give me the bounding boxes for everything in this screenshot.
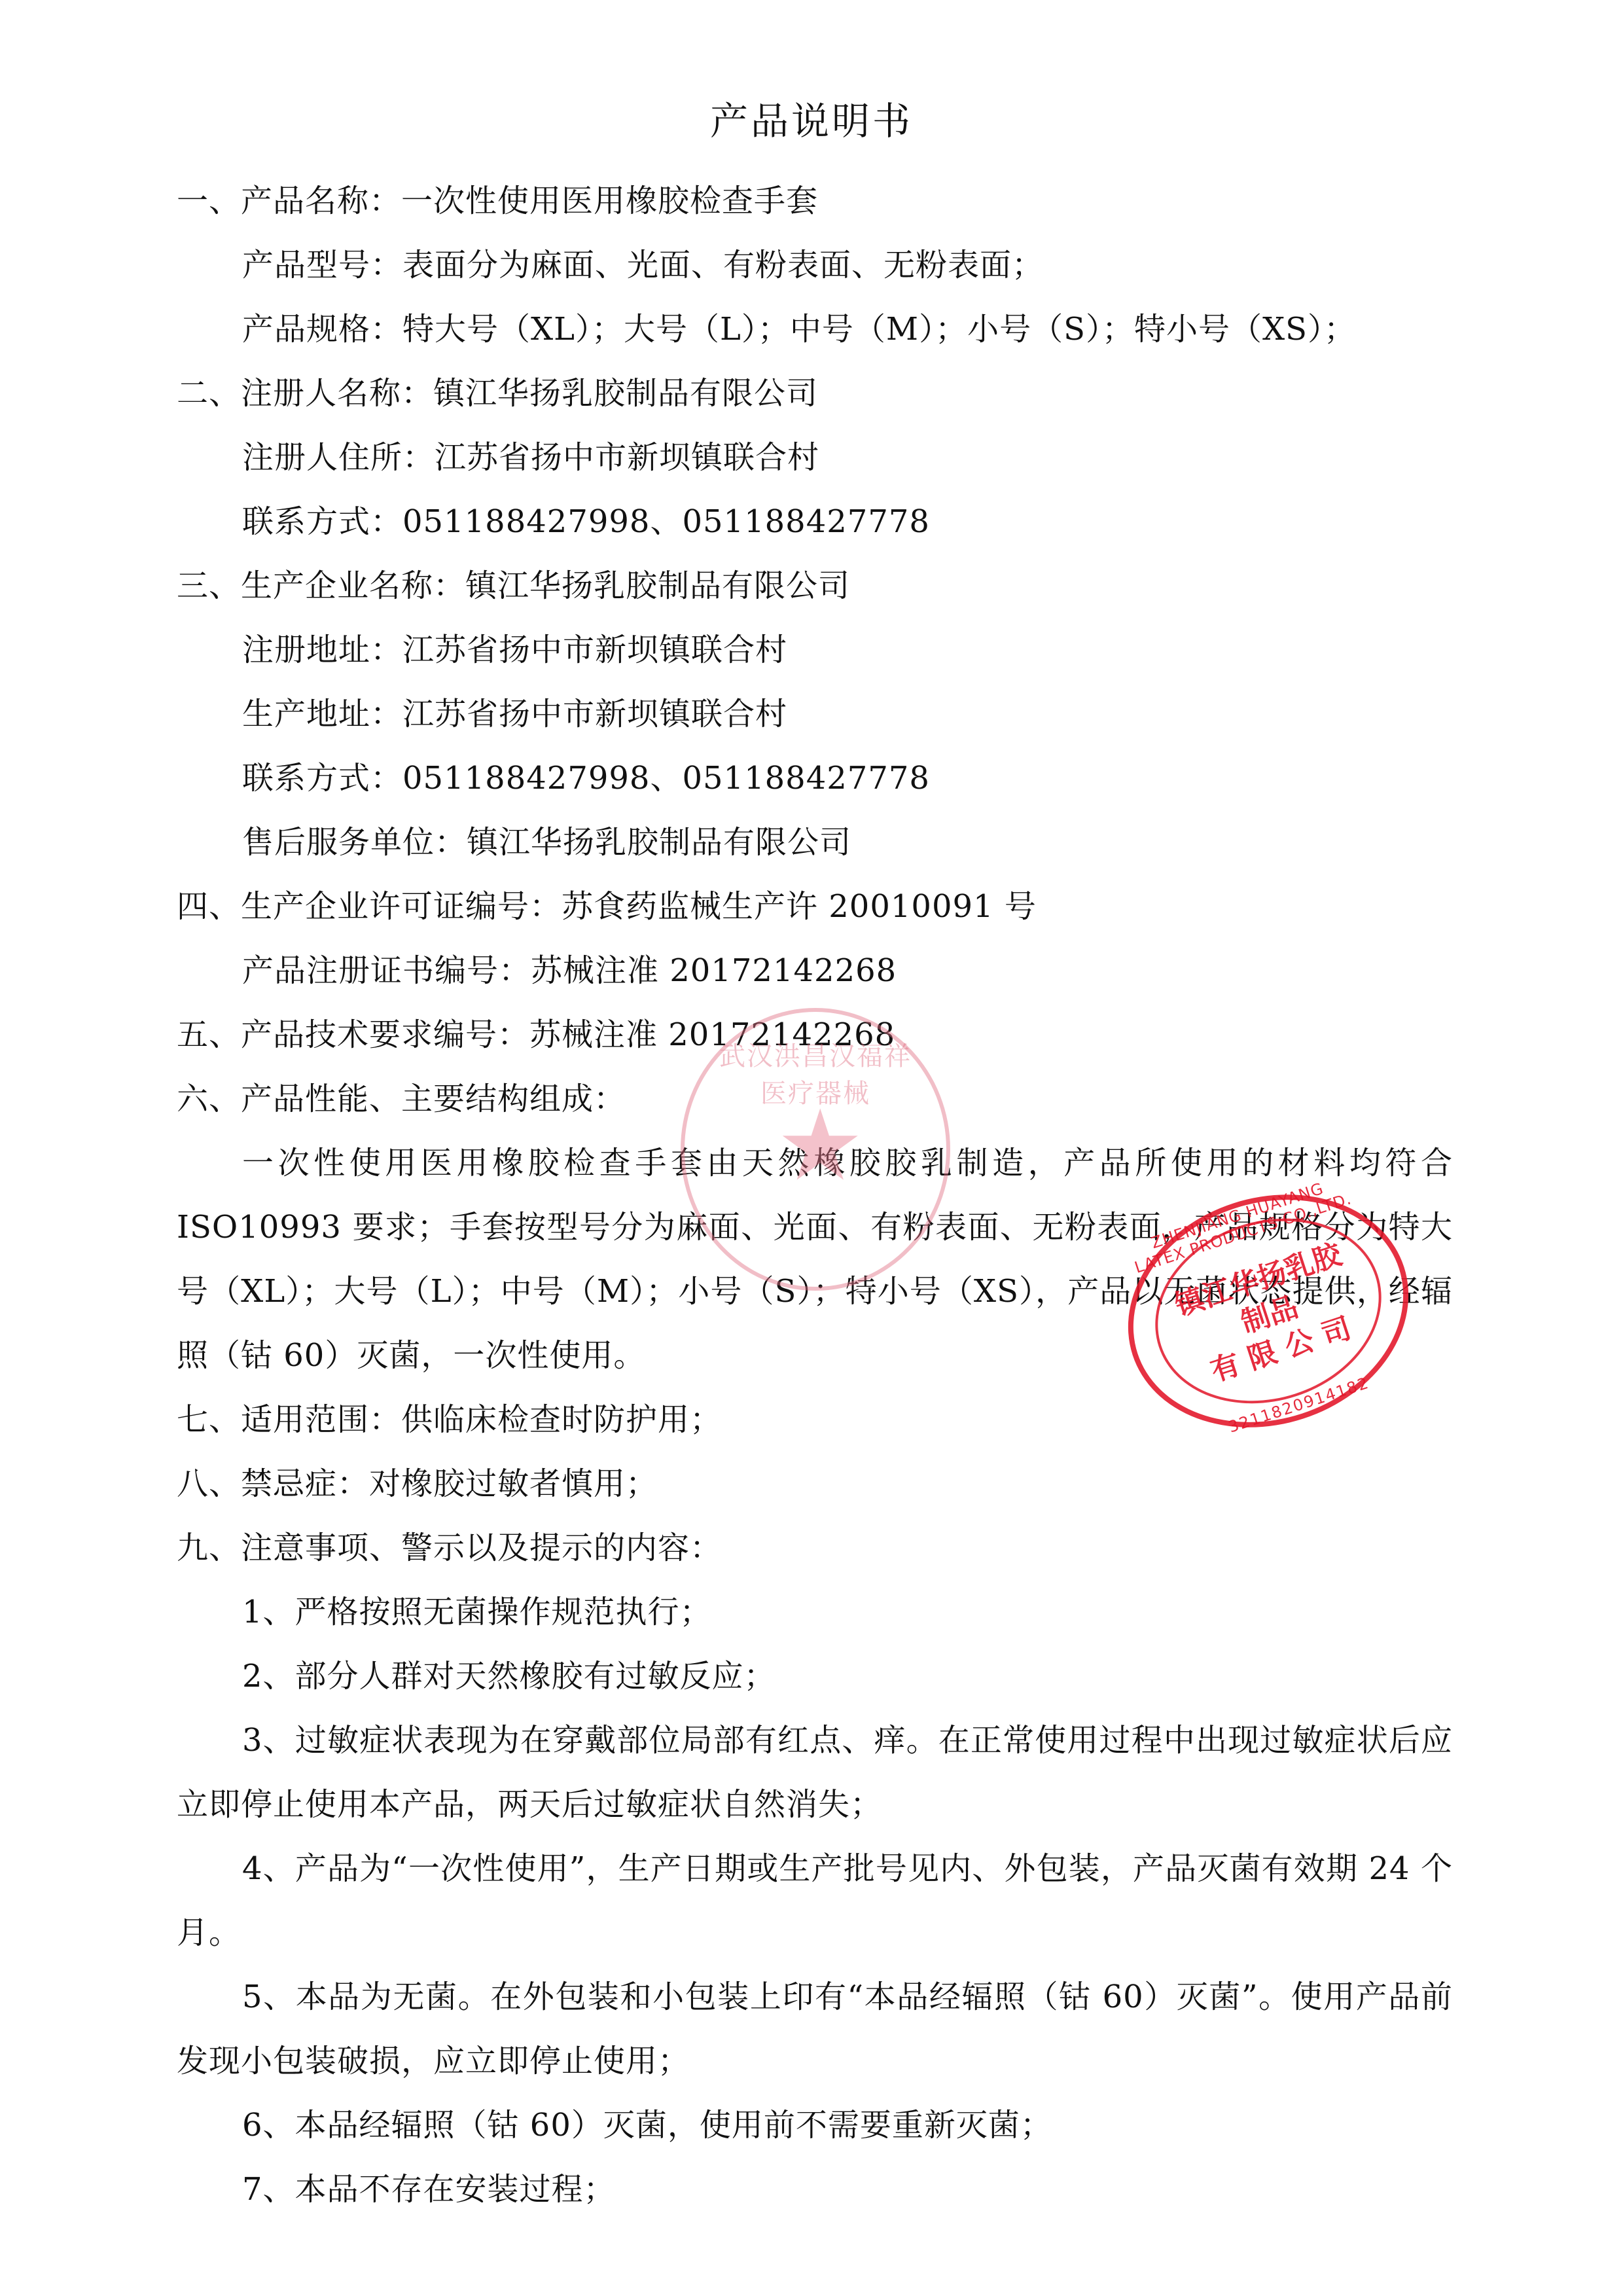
- document-line: 联系方式：051188427998、051188427778: [177, 490, 1453, 554]
- caution-notes-end: 6、本品经辐照（钴 60）灭菌，使用前不需要重新灭菌；7、本品不存在安装过程；: [177, 2093, 1453, 2221]
- caution-note: 4、产品为“一次性使用”，生产日期或生产批号见内、外包装，产品灭菌有效期 24 …: [177, 1837, 1453, 1965]
- document-line: 一、产品名称：一次性使用医用橡胶检查手套: [177, 169, 1453, 233]
- document-body: 一、产品名称：一次性使用医用橡胶检查手套产品型号：表面分为麻面、光面、有粉表面、…: [177, 169, 1453, 2221]
- document-line: 注册地址：江苏省扬中市新坝镇联合村: [177, 618, 1453, 682]
- document-line: 产品注册证书编号：苏械注准 20172142268: [177, 939, 1453, 1003]
- document-line: 生产地址：江苏省扬中市新坝镇联合村: [177, 682, 1453, 746]
- document-line: 1、严格按照无菌操作规范执行；: [177, 1580, 1453, 1644]
- document-line: 八、禁忌症：对橡胶过敏者慎用；: [177, 1452, 1453, 1516]
- caution-note: 5、本品为无菌。在外包装和小包装上印有“本品经辐照（钴 60）灭菌”。使用产品前…: [177, 1965, 1453, 2093]
- document-line: 2、部分人群对天然橡胶有过敏反应；: [177, 1644, 1453, 1708]
- document-line: 四、生产企业许可证编号：苏食药监械生产许 20010091 号: [177, 874, 1453, 939]
- document-line: 六、产品性能、主要结构组成：: [177, 1067, 1453, 1131]
- document-line: 产品规格：特大号（XL）；大号（L）；中号（M）；小号（S）；特小号（XS）；: [177, 297, 1453, 361]
- section-lines-7-9: 七、适用范围：供临床检查时防护用；八、禁忌症：对橡胶过敏者慎用；九、注意事项、警…: [177, 1388, 1453, 1708]
- document-line: 6、本品经辐照（钴 60）灭菌，使用前不需要重新灭菌；: [177, 2093, 1453, 2157]
- document-line: 三、生产企业名称：镇江华扬乳胶制品有限公司: [177, 554, 1453, 618]
- document-line: 五、产品技术要求编号：苏械注准 20172142268: [177, 1003, 1453, 1067]
- document-line: 联系方式：051188427998、051188427778: [177, 746, 1453, 810]
- caution-notes: 3、过敏症状表现为在穿戴部位局部有红点、痒。在正常使用过程中出现过敏症状后应立即…: [177, 1708, 1453, 2093]
- section-lines-1-6: 一、产品名称：一次性使用医用橡胶检查手套产品型号：表面分为麻面、光面、有粉表面、…: [177, 169, 1453, 1131]
- caution-note: 3、过敏症状表现为在穿戴部位局部有红点、痒。在正常使用过程中出现过敏症状后应立即…: [177, 1708, 1453, 1837]
- document-line: 二、注册人名称：镇江华扬乳胶制品有限公司: [177, 361, 1453, 425]
- document-line: 七、适用范围：供临床检查时防护用；: [177, 1388, 1453, 1452]
- document-title: 产品说明书: [0, 92, 1623, 151]
- document-line: 产品型号：表面分为麻面、光面、有粉表面、无粉表面；: [177, 233, 1453, 297]
- section-6-paragraph: 一次性使用医用橡胶检查手套由天然橡胶胶乳制造，产品所使用的材料均符合ISO109…: [177, 1131, 1453, 1388]
- document-line: 注册人住所：江苏省扬中市新坝镇联合村: [177, 425, 1453, 490]
- document-line: 7、本品不存在安装过程；: [177, 2157, 1453, 2221]
- document-page: 产品说明书 一、产品名称：一次性使用医用橡胶检查手套产品型号：表面分为麻面、光面…: [0, 0, 1623, 2296]
- document-line: 售后服务单位：镇江华扬乳胶制品有限公司: [177, 810, 1453, 874]
- document-line: 九、注意事项、警示以及提示的内容：: [177, 1516, 1453, 1580]
